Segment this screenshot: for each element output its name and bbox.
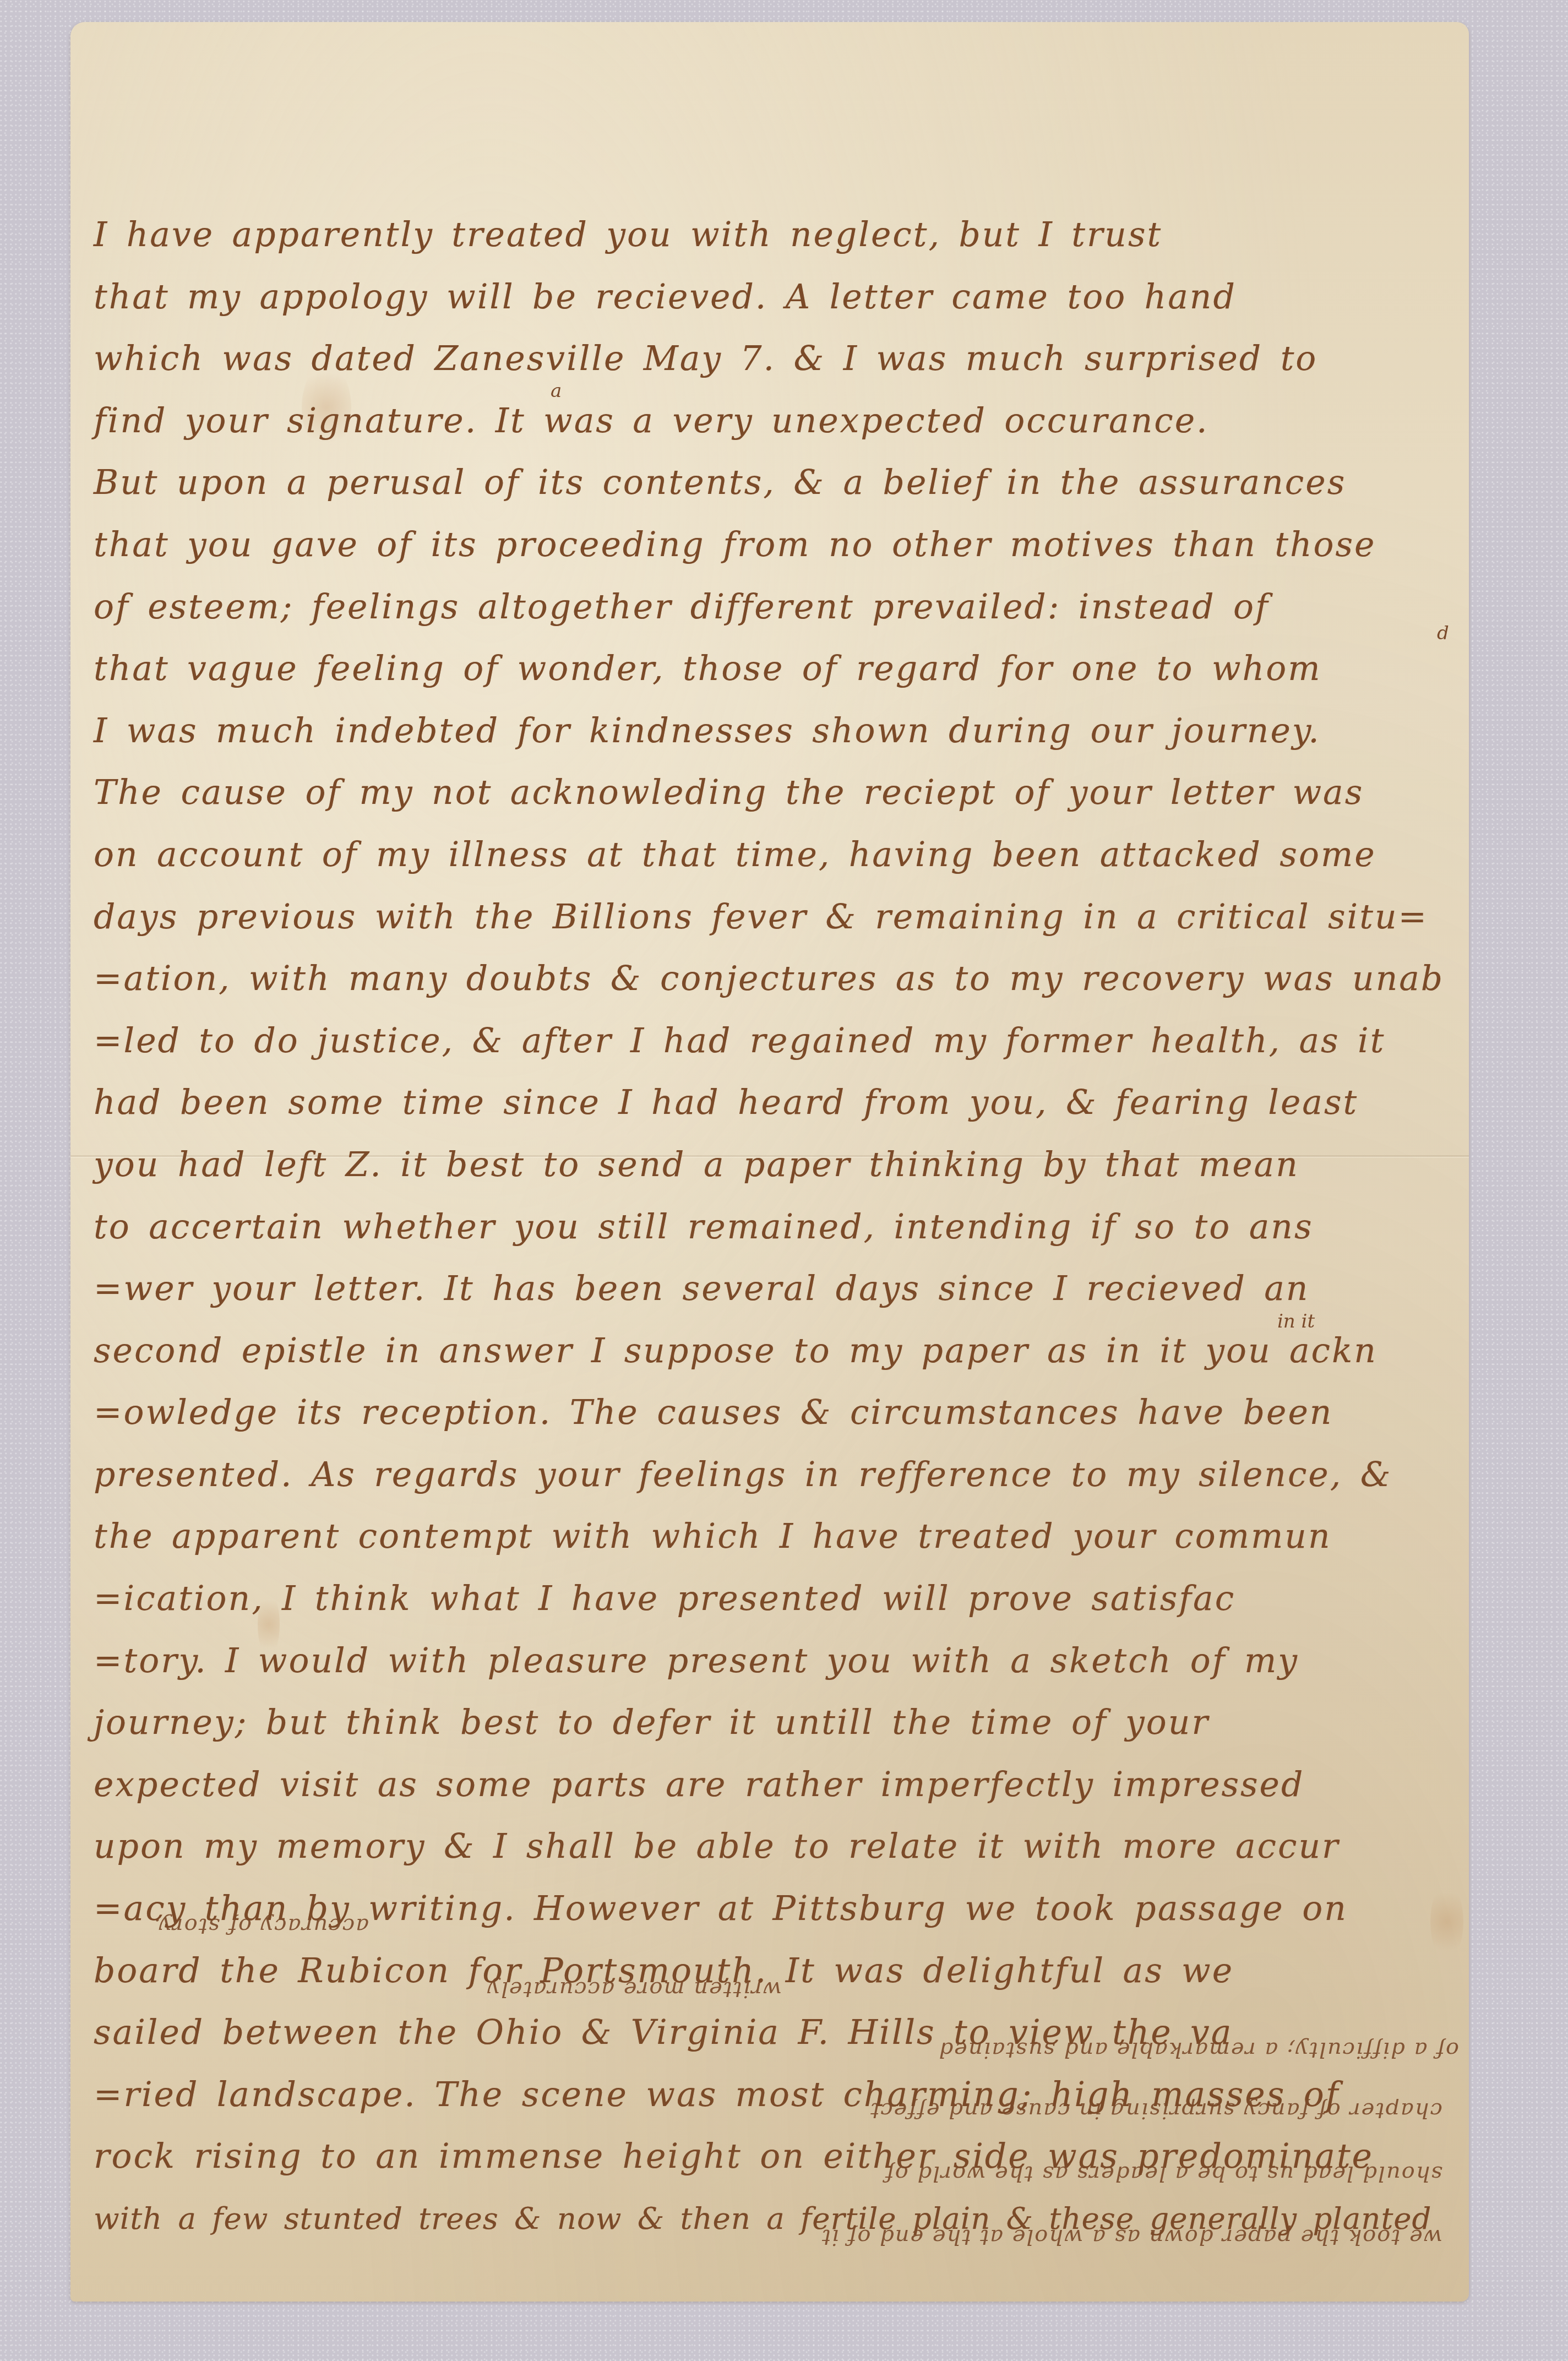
letter-line: which was dated Zanesville May 7. & I wa…	[94, 328, 1459, 390]
cross-writing-upside-down: chapter of fancy surprising in cause and…	[94, 2098, 1442, 2123]
letter-line: journey; but think best to defer it unti…	[94, 1691, 1459, 1754]
letter-line: I have apparently treated you with negle…	[94, 204, 1459, 266]
interlinear-insertion: in it	[1277, 1310, 1315, 1332]
letter-line: had been some time since I had heard fro…	[94, 1071, 1459, 1134]
letter-line: that you gave of its proceeding from no …	[94, 514, 1459, 576]
letter-line: =ication, I think what I have presented …	[94, 1568, 1459, 1630]
letter-line: to accertain whether you still remained,…	[94, 1196, 1459, 1258]
letter-line: second epistle in answer I suppose to my…	[94, 1320, 1459, 1382]
letter-line: that vague feeling of wonder, those of r…	[94, 638, 1459, 700]
letter-body: I have apparently treated you with negle…	[94, 204, 1470, 2250]
letter-line: =tory. I would with pleasure present you…	[94, 1630, 1459, 1692]
cross-writing-upside-down: accuracy of story.	[94, 1913, 369, 1939]
letter-line: But upon a perusal of its contents, & a …	[94, 451, 1459, 514]
letter-line: =ation, with many doubts & conjectures a…	[94, 948, 1459, 1010]
cross-writing-upside-down: of a difficulty; a remarkable and sustai…	[798, 2037, 1459, 2063]
letter-line: =wer your letter. It has been several da…	[94, 1258, 1459, 1320]
letter-line: =led to do justice, & after I had regain…	[94, 1010, 1459, 1072]
letter-line: I was much indebted for kindnesses shown…	[94, 700, 1459, 762]
cross-writing-upside-down: we took the paper down as a whole at the…	[94, 2224, 1442, 2250]
letter-line: days previous with the Billions fever & …	[94, 886, 1459, 948]
letter-line: presented. As regards your feelings in r…	[94, 1444, 1459, 1506]
letter-line: upon my memory & I shall be able to rela…	[94, 1815, 1459, 1878]
cross-writing-upside-down: written more accurately	[341, 1977, 782, 2002]
letter-line: =owledge its reception. The causes & cir…	[94, 1381, 1459, 1444]
interlinear-insertion: d	[1437, 622, 1449, 644]
letter-line: expected visit as some parts are rather …	[94, 1754, 1459, 1816]
letter-line: the apparent contempt with which I have …	[94, 1505, 1459, 1568]
cross-writing-upside-down: should lead us to be a leaders as the wo…	[94, 2161, 1442, 2186]
letter-line: on account of my illness at that time, h…	[94, 824, 1459, 886]
letter-line: The cause of my not acknowleding the rec…	[94, 761, 1459, 824]
interlinear-insertion: a	[551, 380, 562, 402]
letter-line: of esteem; feelings altogether different…	[94, 576, 1459, 638]
letter-line: that my appology will be recieved. A let…	[94, 266, 1459, 328]
letter-line: you had left Z. it best to send a paper …	[94, 1134, 1459, 1196]
letter-line: find your signature. It was a very unexp…	[94, 390, 1459, 452]
